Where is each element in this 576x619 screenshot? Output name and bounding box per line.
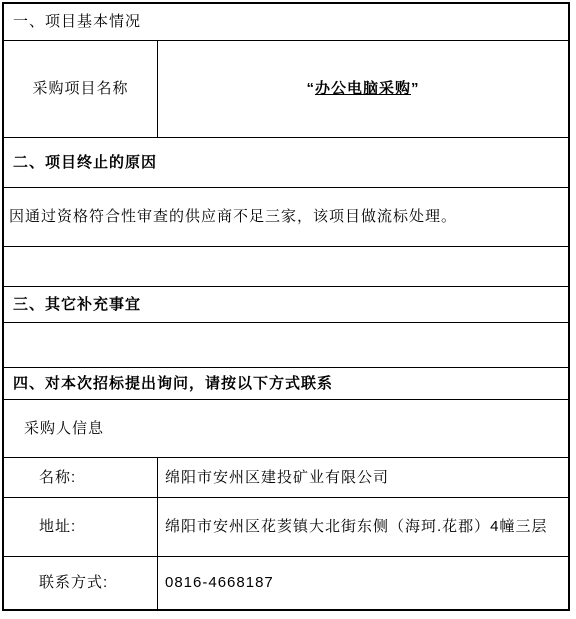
purchaser-address-label-cell: 地址: — [4, 498, 158, 556]
purchaser-info-label: 采购人信息 — [4, 420, 104, 438]
project-name-close-quote: ” — [411, 80, 420, 97]
section3-title: 三、其它补充事宜 — [13, 296, 141, 314]
project-name-row: 采购项目名称 “办公电脑采购” — [4, 41, 568, 138]
purchaser-name-label-cell: 名称: — [4, 458, 158, 497]
purchaser-address-row: 地址: 绵阳市安州区花荄镇大北街东侧（海珂.花郡）4幢三层 — [4, 498, 568, 557]
document-page: 一、项目基本情况 采购项目名称 “办公电脑采购” 二、项目终止的原因 因通过资格… — [0, 0, 576, 619]
section2-header-row: 二、项目终止的原因 — [4, 138, 568, 188]
purchaser-address-value: 绵阳市安州区花荄镇大北街东侧（海珂.花郡）4幢三层 — [165, 518, 548, 536]
section1-title: 一、项目基本情况 — [13, 13, 141, 31]
project-name-text: 办公电脑采购 — [315, 80, 411, 97]
purchaser-name-value-cell: 绵阳市安州区建投矿业有限公司 — [158, 458, 568, 497]
project-name-open-quote: “ — [306, 80, 315, 97]
section3-header-row: 三、其它补充事宜 — [4, 287, 568, 323]
empty-row-1 — [4, 247, 568, 287]
purchaser-name-label: 名称: — [4, 469, 76, 487]
purchaser-contact-value: 0816-4668187 — [165, 574, 274, 592]
purchaser-contact-value-cell: 0816-4668187 — [158, 557, 568, 609]
project-name-value-cell: “办公电脑采购” — [158, 41, 568, 137]
purchaser-name-row: 名称: 绵阳市安州区建投矿业有限公司 — [4, 458, 568, 498]
section2-title: 二、项目终止的原因 — [13, 154, 157, 172]
purchaser-contact-label-cell: 联系方式: — [4, 557, 158, 609]
termination-reason-text: 因通过资格符合性审查的供应商不足三家，该项目做流标处理。 — [4, 208, 457, 226]
termination-reason-row: 因通过资格符合性审查的供应商不足三家，该项目做流标处理。 — [4, 188, 568, 247]
purchaser-name-value: 绵阳市安州区建投矿业有限公司 — [165, 469, 389, 487]
section1-header-row: 一、项目基本情况 — [4, 4, 568, 41]
purchaser-address-label: 地址: — [4, 518, 76, 536]
section4-title: 四、对本次招标提出询问，请按以下方式联系 — [13, 375, 333, 393]
purchaser-contact-row: 联系方式: 0816-4668187 — [4, 557, 568, 609]
empty-row-2 — [4, 323, 568, 368]
termination-notice-table: 一、项目基本情况 采购项目名称 “办公电脑采购” 二、项目终止的原因 因通过资格… — [2, 2, 570, 611]
project-name-value: “办公电脑采购” — [306, 80, 419, 98]
purchaser-contact-label: 联系方式: — [4, 574, 108, 592]
project-name-label: 采购项目名称 — [32, 80, 128, 98]
project-name-label-cell: 采购项目名称 — [4, 41, 158, 137]
purchaser-info-row: 采购人信息 — [4, 400, 568, 458]
purchaser-address-value-cell: 绵阳市安州区花荄镇大北街东侧（海珂.花郡）4幢三层 — [158, 498, 568, 556]
section4-header-row: 四、对本次招标提出询问，请按以下方式联系 — [4, 368, 568, 400]
